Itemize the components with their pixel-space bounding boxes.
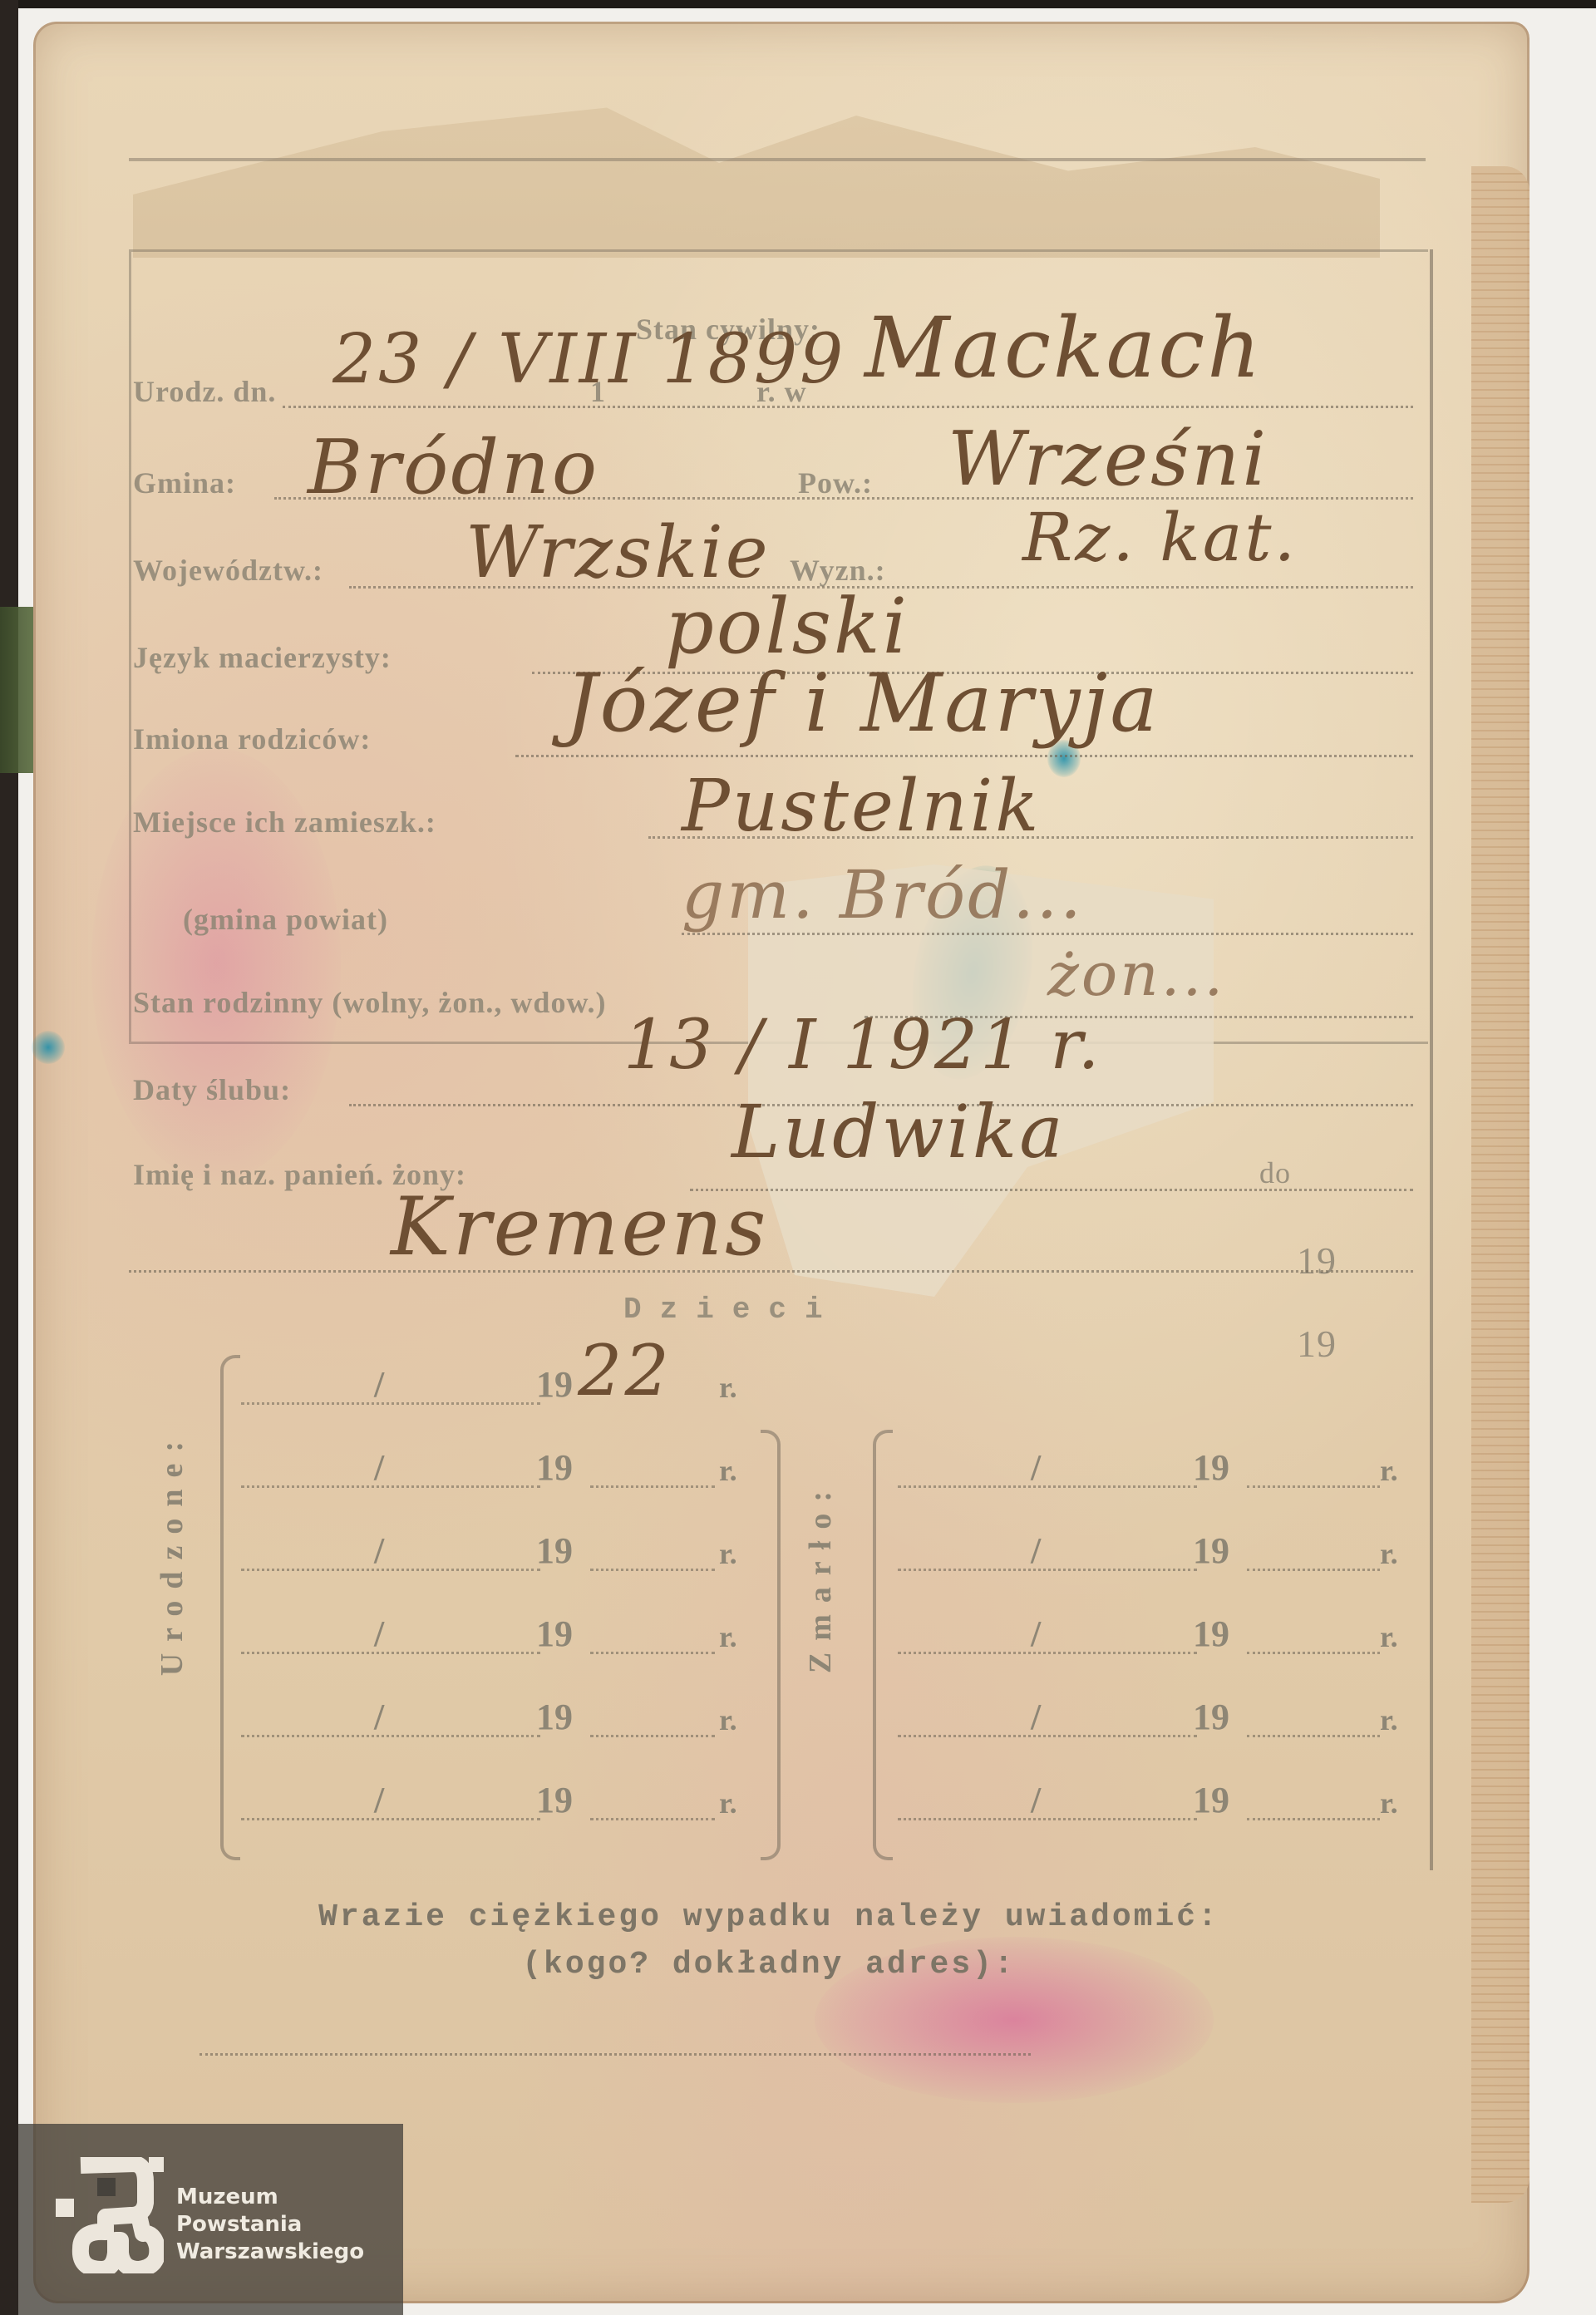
died-bracket [873, 1430, 893, 1860]
born-bracket-right [761, 1430, 781, 1860]
died-row-suffix: r. [1380, 1536, 1398, 1571]
born-row: / 19 22 r. [241, 1363, 756, 1413]
born-row-year-value: 22 [578, 1330, 672, 1411]
died-label: Zmarło: [802, 1480, 839, 1673]
form-frame-right-line [1430, 249, 1433, 1870]
parents-names-value: Józef i Maryja [565, 657, 1160, 750]
born-label: Urodzone: [154, 1430, 190, 1676]
born-row-suffix: r. [719, 1619, 737, 1654]
born-row-suffix: r. [719, 1702, 737, 1737]
wyznanie-value: Rz. kat. [1022, 499, 1298, 576]
emergency-contact-label: Wrazie ciężkiego wypadku należy uwiadomi… [224, 1899, 1313, 1935]
died-row-suffix: r. [1380, 1702, 1398, 1737]
died-row: / 19 r. [898, 1613, 1413, 1662]
died-row-suffix: r. [1380, 1619, 1398, 1654]
parents-names-label: Imiona rodziców: [133, 722, 371, 756]
year-19-label-1: 19 [1297, 1239, 1337, 1283]
powiat-label: Pow.: [798, 465, 873, 500]
emergency-contact-sub-label: (kogo? dokładny adres): [224, 1947, 1313, 1983]
born-row-year-prefix: 19 [536, 1446, 573, 1489]
family-status-value: żon... [1047, 939, 1225, 1009]
museum-name-line-3: Warszawskiego [176, 2239, 364, 2266]
died-row-year-prefix: 19 [1193, 1529, 1229, 1572]
wojewodztwo-label: Województw.: [133, 553, 323, 588]
birth-place-value: Mackach [864, 299, 1263, 397]
year-19-label-2: 19 [1297, 1322, 1337, 1366]
wife-first-name-value: Ludwika [731, 1089, 1066, 1175]
born-row-suffix: r. [719, 1786, 737, 1820]
museum-name-line-2: Powstania [176, 2211, 364, 2239]
residence-label: Miejsce ich zamieszk.: [133, 805, 436, 840]
born-row: / 19 r. [241, 1446, 756, 1496]
blue-ink-dot-left [32, 1031, 65, 1064]
died-row-suffix: r. [1380, 1786, 1398, 1820]
died-row-slash: / [1031, 1779, 1041, 1821]
museum-name-line-1: Muzeum [176, 2184, 364, 2211]
kotwica-anchor-logo-icon [56, 2157, 164, 2273]
born-row: / 19 r. [241, 1613, 756, 1662]
mother-tongue-label: Język macierzysty: [133, 640, 392, 675]
born-row: / 19 r. [241, 1696, 756, 1746]
died-row: / 19 r. [898, 1779, 1413, 1829]
died-row-year-prefix: 19 [1193, 1446, 1229, 1489]
children-title: Dzieci [623, 1293, 841, 1327]
born-row-slash: / [374, 1696, 384, 1738]
wife-name-line [690, 1189, 1413, 1191]
birth-date-label: Urodz. dn. [133, 374, 276, 409]
born-row-slash: / [374, 1363, 384, 1406]
wedding-date-label: Daty ślubu: [133, 1072, 291, 1107]
born-bracket [220, 1355, 240, 1860]
gmina-value: Bródno [308, 424, 599, 511]
museum-watermark: Muzeum Powstania Warszawskiego [18, 2124, 403, 2315]
died-row: / 19 r. [898, 1446, 1413, 1496]
wife-surname-line [129, 1270, 1413, 1273]
born-row-slash: / [374, 1613, 384, 1655]
residence-value: Pustelnik [682, 765, 1041, 848]
born-row-year-prefix: 19 [536, 1696, 573, 1738]
gmina-label: Gmina: [133, 465, 236, 500]
born-row-year-prefix: 19 [536, 1363, 573, 1406]
born-row-suffix: r. [719, 1453, 737, 1488]
died-row-slash: / [1031, 1613, 1041, 1655]
born-row-slash: / [374, 1529, 384, 1572]
powiat-value: Wrześni [948, 416, 1268, 503]
museum-name: Muzeum Powstania Warszawskiego [176, 2184, 364, 2266]
died-row-year-prefix: 19 [1193, 1779, 1229, 1821]
born-row-suffix: r. [719, 1536, 737, 1571]
born-row-year-prefix: 19 [536, 1613, 573, 1655]
born-row-slash: / [374, 1779, 384, 1821]
worn-page-edges [1471, 166, 1529, 2203]
birth-line [283, 406, 1413, 408]
gmina-powiat-label: (gmina powiat) [183, 902, 388, 937]
gmina-powiat-value: gm. Bród... [682, 856, 1084, 933]
born-row-year-prefix: 19 [536, 1529, 573, 1572]
born-row: / 19 r. [241, 1529, 756, 1579]
died-row-slash: / [1031, 1696, 1041, 1738]
died-row-slash: / [1031, 1529, 1041, 1572]
died-row-slash: / [1031, 1446, 1041, 1489]
born-row-slash: / [374, 1446, 384, 1489]
wife-surname-value: Kremens [391, 1180, 768, 1273]
frame-line-top [129, 158, 1426, 161]
parents-names-line [515, 755, 1413, 757]
scan-border-left [0, 0, 18, 2315]
wedding-date-value: 13 / I 1921 r. [623, 1006, 1102, 1085]
scan-border-top [0, 0, 1596, 8]
family-status-label: Stan rodzinny (wolny, żon., wdow.) [133, 985, 606, 1020]
birth-date-value: 23 / VIII 1899 [332, 320, 845, 399]
born-row-year-prefix: 19 [536, 1779, 573, 1821]
wife-name-right-label: do [1259, 1155, 1291, 1190]
died-row-year-prefix: 19 [1193, 1696, 1229, 1738]
died-row: / 19 r. [898, 1696, 1413, 1746]
died-row-suffix: r. [1380, 1453, 1398, 1488]
born-row: / 19 r. [241, 1779, 756, 1829]
died-row: / 19 r. [898, 1529, 1413, 1579]
emergency-contact-line [199, 2053, 1031, 2056]
born-row-suffix: r. [719, 1370, 737, 1405]
died-row-year-prefix: 19 [1193, 1613, 1229, 1655]
